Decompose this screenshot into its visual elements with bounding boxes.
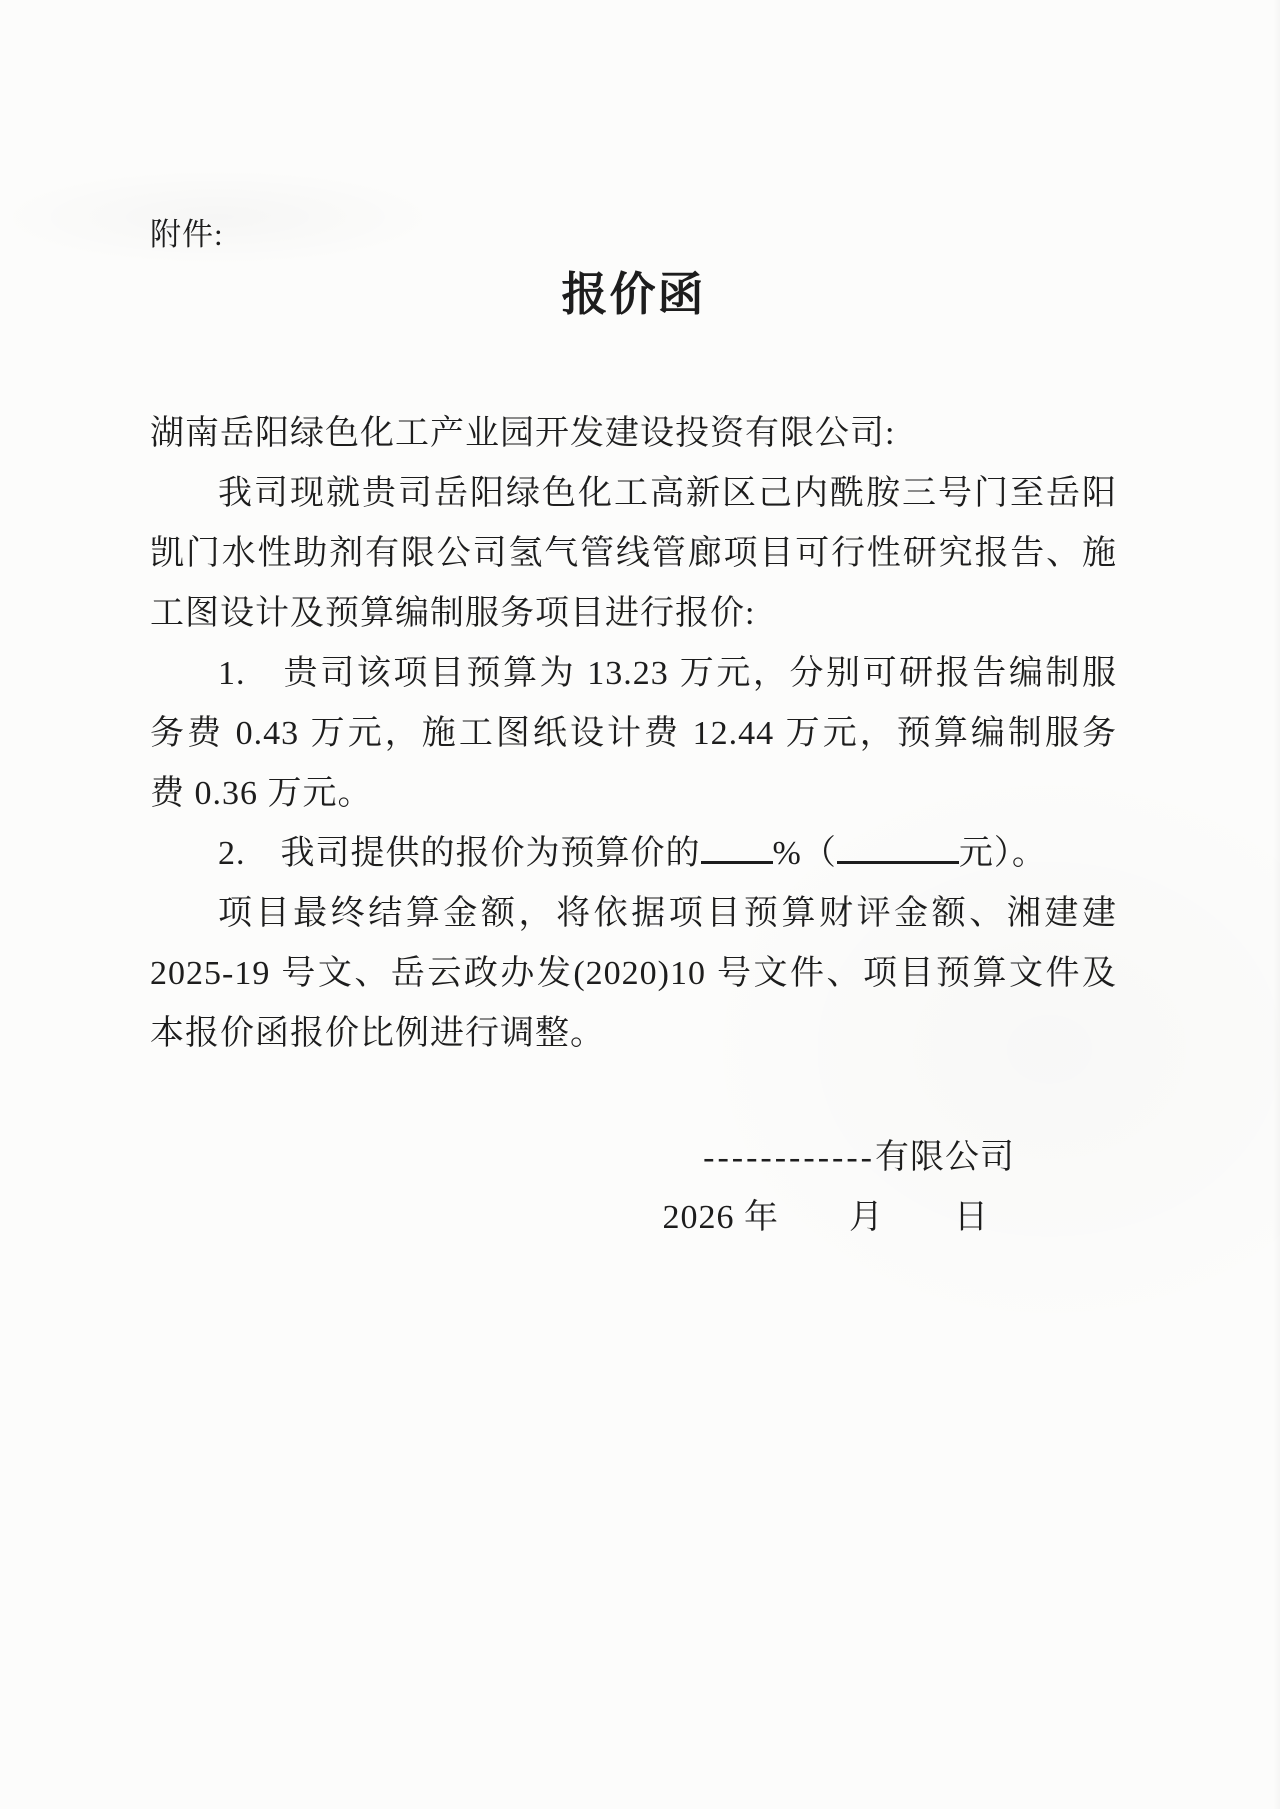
item2-suffix-text: 元）。 [959,835,1047,872]
amount-blank-field [837,831,959,864]
paragraph1-line2: 凯门水性助剂有限公司氢气管线管廊项目可行性研究报告、施 [150,524,1117,584]
paragraph3-line2: 2025-19 号文、岳云政办发(2020)10 号文件、项目预算文件及 [150,944,1117,1004]
signature-block: ------------有限公司 2026 年 月 日 [150,1128,1117,1248]
company-suffix-text: 有限公司 [875,1139,1015,1176]
item2-mid-text: %（ [773,835,837,872]
company-name-blank-dashes: ------------ [703,1139,875,1176]
attachment-label: 附件: [150,216,1117,254]
item2-prefix-text: 2. 我司提供的报价为预算价的 [218,835,701,872]
item1-line2: 务费 0.43 万元，施工图纸设计费 12.44 万元，预算编制服务 [150,704,1117,764]
date-line: 2026 年 月 日 [150,1188,1117,1248]
document-title: 报价函 [150,268,1117,322]
item1-line1: 1. 贵司该项目预算为 13.23 万元，分别可研报告编制服 [150,644,1117,704]
paragraph3-line1: 项目最终结算金额，将依据项目预算财评金额、湘建建 [150,884,1117,944]
paragraph1-line1: 我司现就贵司岳阳绿色化工高新区己内酰胺三号门至岳阳 [150,464,1117,524]
quotation-letter: 附件: 报价函 湖南岳阳绿色化工产业园开发建设投资有限公司: 我司现就贵司岳阳绿… [150,216,1117,1248]
item2-line: 2. 我司提供的报价为预算价的%（元）。 [150,824,1117,884]
percent-blank-field [701,831,773,864]
salutation-line: 湖南岳阳绿色化工产业园开发建设投资有限公司: [150,404,1117,464]
company-signature-line: ------------有限公司 [150,1128,1117,1188]
item1-line3: 费 0.36 万元。 [150,764,1117,824]
paragraph3-line3: 本报价函报价比例进行调整。 [150,1004,1117,1064]
scanned-document-page: 附件: 报价函 湖南岳阳绿色化工产业园开发建设投资有限公司: 我司现就贵司岳阳绿… [0,0,1280,1809]
paragraph1-line3: 工图设计及预算编制服务项目进行报价: [150,584,1117,644]
letter-body: 湖南岳阳绿色化工产业园开发建设投资有限公司: 我司现就贵司岳阳绿色化工高新区己内… [150,404,1117,1064]
